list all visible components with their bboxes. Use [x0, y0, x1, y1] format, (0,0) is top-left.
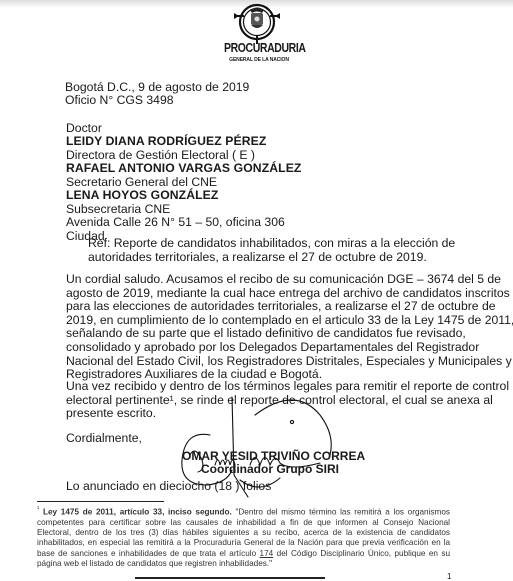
paragraph-line: agosto de 2019, mediante la cual hace en…	[66, 287, 451, 301]
recipient-name: LEIDY DIANA RODRÍGUEZ PÉREZ	[66, 134, 266, 148]
footnote-line: Electoral, dentro de los tres (3) días h…	[37, 528, 450, 538]
recipient-role: Secretario General del CNE	[66, 175, 217, 189]
letter-date: Bogotá D.C., 9 de agosto de 2019	[65, 80, 249, 94]
body-paragraph-1: Un cordial saludo. Acusamos el recibo de…	[66, 273, 451, 382]
body-paragraph-2: Una vez recibido y dentro de los término…	[66, 380, 451, 421]
annex-note: Lo anunciado en dieciocho (18 ) folios	[66, 479, 271, 493]
footnote-line: competentes para certificar sobre las ca…	[37, 518, 450, 528]
recipient-name: LENA HOYOS GONZÁLEZ	[66, 188, 218, 202]
paragraph-line: 2019, en cumplimiento de lo contemplado …	[66, 314, 451, 328]
paragraph-line: consolidado y aprobado por los Delegados…	[66, 341, 451, 355]
footnote-citation: Ley 1475 de 2011, artículo 33, inciso se…	[43, 508, 232, 517]
office-number: Oficio N° CGS 3498	[65, 93, 174, 107]
footnote-marker: ¹	[37, 506, 39, 513]
paragraph-line: presente escrito.	[66, 407, 451, 421]
footnote-text: del Código Disciplinario Único, publique…	[277, 549, 450, 558]
paragraph-line: para las elecciones de autoridades terri…	[66, 300, 451, 314]
footnote-line: página web el listado de candidatos que …	[37, 559, 450, 569]
page-number: 1	[447, 572, 451, 581]
org-subtitle: GENERAL DE LA NACION	[224, 57, 294, 63]
recipient-role: Subsecretaria CNE	[66, 202, 170, 216]
article-link[interactable]: 174	[260, 549, 274, 558]
paragraph-line: Un cordial saludo. Acusamos el recibo de…	[66, 273, 451, 287]
signatory-name: OMAR YESID TRIVIÑO CORREA	[182, 449, 365, 463]
footnote-divider	[37, 501, 164, 502]
footer-divider	[135, 577, 325, 579]
signatory-title: Coordinador Grupo SIRI	[201, 462, 339, 476]
footnote: ¹ Ley 1475 de 2011, artículo 33, inciso …	[37, 505, 450, 569]
paragraph-line: electoral pertinente¹, se rinde el repor…	[66, 394, 451, 408]
paragraph-line: Una vez recibido y dentro de los término…	[66, 380, 451, 394]
recipient-role: Directora de Gestión Electoral ( E )	[66, 148, 255, 162]
paragraph-line: señalando de su parte que el listado def…	[66, 327, 451, 341]
footnote-line: inhabilitados, en especial las remitirá …	[37, 538, 450, 548]
recipient-address: Avenida Calle 26 N° 51 – 50, oficina 306	[66, 215, 285, 229]
reference-line: Ref: Reporte de candidatos inhabilitados…	[88, 236, 455, 250]
org-name: PROCURADURIA	[224, 42, 294, 56]
paragraph-line: Nacional del Estado Civil, los Registrad…	[66, 355, 451, 369]
footnote-text: "Dentro del mismo término las remitirá a…	[235, 508, 450, 517]
footnote-text: base de sanciones e inhabilidades de que…	[37, 549, 256, 558]
recipient-salutation: Doctor	[66, 121, 102, 135]
reference-line: autoridades territoriales, a realizarse …	[88, 250, 427, 264]
closing: Cordialmente,	[66, 431, 142, 445]
recipient-name: RAFAEL ANTONIO VARGAS GONZÁLEZ	[66, 161, 301, 175]
